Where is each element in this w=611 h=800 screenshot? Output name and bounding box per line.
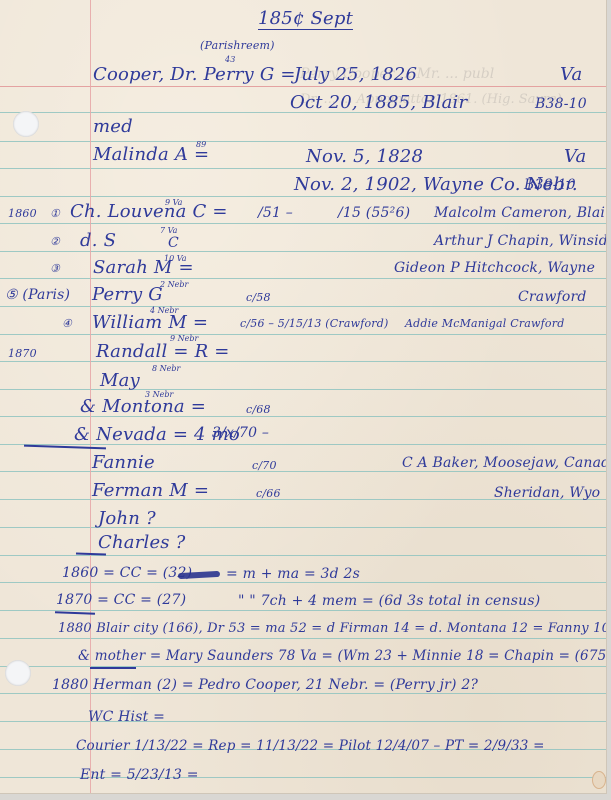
mother-name: Malinda A = [93, 146, 209, 164]
child-superscript: 9 Va [165, 198, 182, 207]
child-name: d. S [80, 232, 116, 250]
child-name: Ferman M = [92, 482, 209, 500]
child-col1: /51 – [258, 206, 293, 220]
history-ref: WC Hist = [88, 710, 165, 724]
underline-stroke [55, 611, 95, 614]
child-name: William M = [92, 314, 208, 332]
child-name: Charles ? [98, 534, 186, 552]
crossed-out-text [178, 571, 220, 579]
punch-hole [13, 111, 39, 137]
mother-age: 89 [196, 140, 206, 149]
parish-note: (Parishreem) [200, 40, 275, 51]
married-label: med [93, 118, 133, 136]
child-spouse: C A Baker, Moosejaw, Canada [402, 456, 607, 470]
child-col1: c/66 [256, 488, 281, 499]
census-1860: 1860 = CC = (32) [62, 566, 192, 580]
child-superscript: 4 Nebr [150, 306, 178, 315]
child-superscript: 9 Nebr [170, 334, 198, 343]
census-1870: 1870 = CC = (27) [56, 593, 186, 607]
punch-hole [5, 660, 31, 686]
child-spouse: Arthur J Chapin, Winside [434, 234, 607, 248]
notebook-page: Perry Cooper ... Mr. ... publ Dr. ... ..… [0, 0, 607, 794]
child-superscript: 10 Va [164, 254, 187, 263]
child-name: John ? [98, 510, 156, 528]
child-spouse: Gideon P Hitchcock, Wayne [394, 261, 595, 275]
child-year: 1870 [8, 348, 37, 359]
mother-birth-state: Va [564, 148, 586, 166]
child-spouse: Addie McManigal Crawford [405, 318, 564, 329]
child-col1: c/70 [252, 460, 277, 471]
father-birth-state: Va [560, 66, 582, 84]
census-1880-herman: 1880 Herman (2) = Pedro Cooper, 21 Nebr.… [52, 678, 478, 692]
child-name: Ch. Louvena C = [70, 203, 228, 221]
underline-stroke [90, 667, 136, 669]
child-col1: c/68 [246, 404, 271, 415]
child-superscript: 3 Nebr [145, 390, 173, 399]
child-spouse: Malcolm Cameron, Blair [434, 206, 607, 220]
mother-birth: Nov. 5, 1828 [306, 148, 423, 166]
child-col1: 3/x/70 – [212, 426, 269, 440]
child-spouse: Sheridan, Wyo [494, 486, 600, 500]
parish-age: 43 [225, 56, 236, 64]
child-col2: /15 (55²6) [338, 206, 410, 220]
census-1870-detail: " " 7ch + 4 mem = (6d 3s total in census… [238, 594, 540, 608]
ent-ref: Ent = 5/23/13 = [80, 768, 199, 782]
father-ref: B38-10 [535, 97, 587, 111]
child-number: ④ [62, 318, 72, 329]
child-number: ③ [50, 263, 60, 274]
child-year: 1860 [8, 208, 37, 219]
child-number: ① [50, 208, 60, 219]
child-number: ⑤ (Paris) [5, 288, 70, 302]
child-number: ② [50, 236, 60, 247]
child-name: Randall = R = [96, 343, 230, 361]
child-col1: c/56 – 5/15/13 (Crawford) [240, 318, 388, 329]
child-initial: C [168, 236, 179, 250]
underline-stroke [24, 445, 106, 449]
child-name: & Montona = [80, 398, 206, 416]
father-death: Oct 20, 1885, Blair [290, 94, 467, 112]
census-1880: 1880 Blair city (166), Dr 53 = ma 52 = d… [58, 622, 607, 635]
child-name: Fannie [92, 454, 155, 472]
child-name: May [100, 372, 140, 390]
census-1880-mother: & mother = Mary Saunders 78 Va = (Wm 23 … [78, 650, 607, 664]
newspaper-refs: Courier 1/13/22 = Rep = 11/13/22 = Pilot… [76, 740, 545, 754]
census-1860-detail: = m + ma = 3d 2s [226, 567, 360, 581]
page-corner-mark [592, 771, 606, 789]
father-birth: July 25, 1826 [294, 66, 417, 84]
child-spouse: Crawford [518, 290, 587, 304]
father-name: Cooper, Dr. Perry G = [93, 66, 296, 84]
mother-ref: B38-10 [524, 178, 576, 192]
child-superscript: 2 Nebr [160, 280, 188, 289]
child-superscript: 8 Nebr [152, 364, 180, 373]
page-title: 185¢ Sept [258, 10, 353, 30]
child-name: Perry G [92, 286, 163, 304]
child-superscript: 7 Va [160, 226, 177, 235]
child-col1: c/58 [246, 292, 271, 303]
